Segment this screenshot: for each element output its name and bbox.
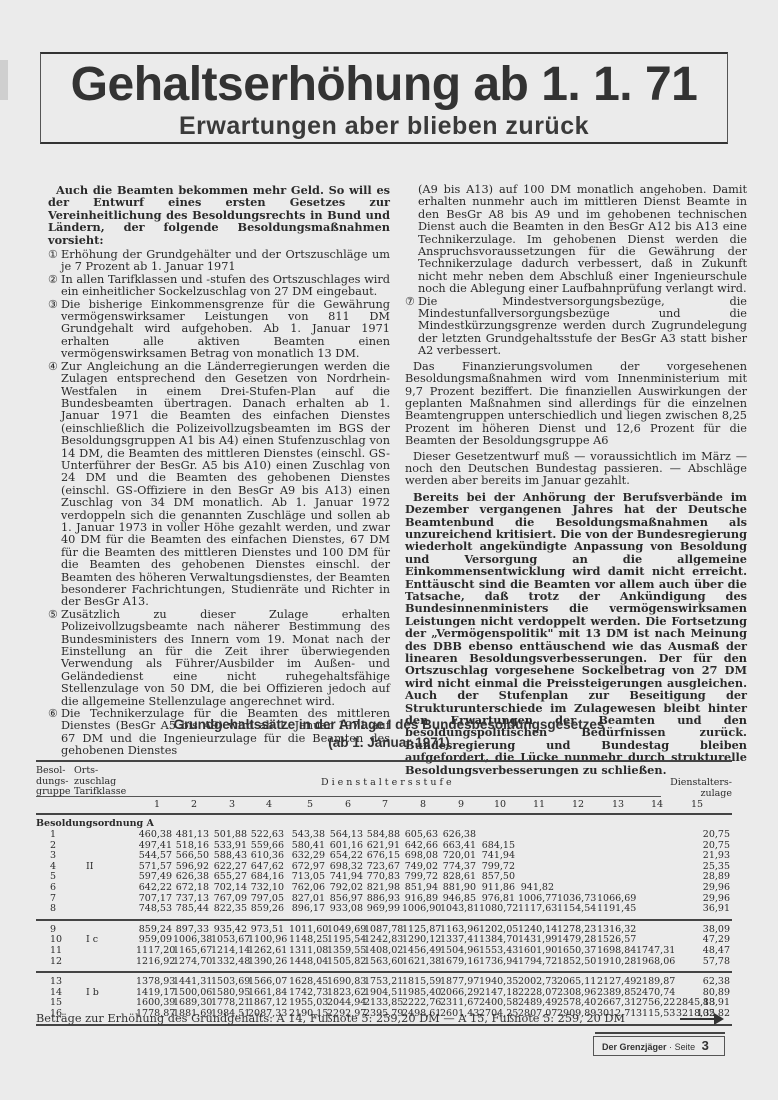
salary-cell: 941,82 xyxy=(518,883,554,894)
stufe-label: 8 xyxy=(408,800,438,811)
paragraph-finance: Das Finanzierungsvolumen der vorgesehene… xyxy=(405,361,747,448)
stufe-label: 6 xyxy=(333,800,363,811)
item-text: In allen Tarifklassen und -stufen des Or… xyxy=(61,274,390,299)
salary-cell: 732,10 xyxy=(248,883,284,894)
salary-cell: 1274,70 xyxy=(173,957,209,968)
stufen-header-row: 123456789101112131415 xyxy=(36,797,732,813)
besoldungsgruppe-cell: 11 xyxy=(50,946,62,957)
page-footer: Der Grenzjäger · Seite 3 xyxy=(593,1036,725,1056)
header-besoldungsgruppe: Besol-dungs-gruppe xyxy=(36,766,71,798)
page-label: Seite xyxy=(675,1042,696,1052)
salary-cell: 1505,82 xyxy=(327,957,363,968)
salary-cell: 605,63 xyxy=(402,830,438,841)
tarifklasse-cell: I c xyxy=(86,935,98,946)
salary-cell: 543,38 xyxy=(289,830,325,841)
arrow-right-icon xyxy=(680,1013,724,1025)
page-title: Gehaltserhöhung ab 1. 1. 71 xyxy=(41,58,727,112)
stufe-label: 3 xyxy=(217,800,247,811)
stufe-label: 11 xyxy=(524,800,554,811)
item-number: ② xyxy=(48,274,61,299)
page-binding-mark xyxy=(0,60,8,100)
article-column-left: Auch die Beamten bekommen mehr Geld. So … xyxy=(48,184,390,758)
salary-cell: 1448,04 xyxy=(289,957,325,968)
stufe-label: 10 xyxy=(485,800,515,811)
item-number: ④ xyxy=(48,361,61,609)
besoldungsgruppe-cell: 1 xyxy=(50,830,56,841)
salary-cell: 702,14 xyxy=(211,883,247,894)
salary-cell: 1601,90 xyxy=(518,946,554,957)
stufe-label: 14 xyxy=(642,800,672,811)
salary-cell: 1117,20 xyxy=(136,946,172,957)
stufe-label: 15 xyxy=(682,800,712,811)
footer-separator: · xyxy=(669,1042,672,1052)
salary-cell: 1852,50 xyxy=(557,957,593,968)
salary-cell: 1191,45 xyxy=(597,904,633,915)
salary-cell: 1165,67 xyxy=(173,946,209,957)
salary-cell: 1311,08 xyxy=(289,946,325,957)
list-item: ③ Die bisherige Einkommensgrenze für die… xyxy=(48,299,390,361)
salary-cell: 1214,14 xyxy=(211,946,247,957)
salary-cell: 3115,53 xyxy=(636,1009,672,1020)
item-text: (A9 bis A13) auf 100 DM monatlich angeho… xyxy=(418,184,747,296)
table-body: 1460,38481,13501,88522,63543,38564,13584… xyxy=(36,830,732,1026)
article-column-right: (A9 bis A13) auf 100 DM monatlich angeho… xyxy=(405,184,747,776)
table-row: 121216,921274,701332,481390,261448,04150… xyxy=(36,957,732,968)
page-number: 3 xyxy=(702,1038,709,1053)
list-item: ② In allen Tarifklassen und -stufen des … xyxy=(48,274,390,299)
salary-cell: 859,26 xyxy=(248,904,284,915)
salary-cell: 821,98 xyxy=(364,883,400,894)
item-number: ③ xyxy=(48,299,61,361)
item-number: ① xyxy=(48,249,61,274)
salary-cell: 481,13 xyxy=(173,830,209,841)
salary-cell: 1154,54 xyxy=(557,904,593,915)
header-dienstalterszulage: Dienstalters-zulage xyxy=(670,778,732,799)
besoldungsgruppe-cell: 8 xyxy=(50,904,56,915)
stufe-label: 12 xyxy=(563,800,593,811)
besoldungsgruppe-cell: 12 xyxy=(50,957,62,968)
salary-cell: 1736,94 xyxy=(479,957,515,968)
stufe-label: 1 xyxy=(142,800,172,811)
salary-cell: 1553,43 xyxy=(479,946,515,957)
footer-rule xyxy=(595,1032,725,1034)
salary-cell: 1910,28 xyxy=(597,957,633,968)
publication-name: Der Grenzjäger xyxy=(602,1042,667,1052)
zulage-cell: 20,75 xyxy=(703,830,730,841)
list-item-continued: (A9 bis A13) auf 100 DM monatlich angeho… xyxy=(405,184,747,296)
salary-cell: 1747,31 xyxy=(636,946,672,957)
salary-cell: 1080,72 xyxy=(479,904,515,915)
salary-cell: 626,38 xyxy=(440,830,476,841)
salary-cell: 1390,26 xyxy=(248,957,284,968)
salary-cell: 969,99 xyxy=(364,904,400,915)
salary-cell: 785,44 xyxy=(173,904,209,915)
salary-cell: 1679,16 xyxy=(440,957,476,968)
list-item: ⑦ Die Mindestversorgungsbezüge, die Mind… xyxy=(405,296,747,358)
list-item: ① Erhöhung der Grundgehälter und der Ort… xyxy=(48,249,390,274)
table-title-line1: Grundgehaltssätze in der Anlage I des Bu… xyxy=(0,716,778,734)
salary-cell: 1408,02 xyxy=(364,946,400,957)
table-row: 1460,38481,13501,88522,63543,38564,13584… xyxy=(36,830,732,841)
stufe-label: 7 xyxy=(370,800,400,811)
tarifklasse-cell: II xyxy=(86,862,94,873)
salary-cell: 1216,92 xyxy=(136,957,172,968)
salary-cell: 1332,48 xyxy=(211,957,247,968)
salary-cell: 564,13 xyxy=(327,830,363,841)
stufe-label: 2 xyxy=(179,800,209,811)
salary-cell: 1621,38 xyxy=(402,957,438,968)
item-text: Die bisherige Einkommensgrenze für die G… xyxy=(61,299,390,361)
salary-cell: 1650,37 xyxy=(557,946,593,957)
stufe-label: 9 xyxy=(446,800,476,811)
salary-cell: 642,22 xyxy=(136,883,172,894)
salary-cell: 1043,81 xyxy=(440,904,476,915)
item-number: ⑤ xyxy=(48,609,61,708)
zulage-cell: 57,78 xyxy=(703,957,730,968)
salary-cell: 672,18 xyxy=(173,883,209,894)
item-number: ⑦ xyxy=(405,296,418,358)
salary-cell: 748,53 xyxy=(136,904,172,915)
table-row: 8748,53785,44822,35859,26896,17933,08969… xyxy=(36,904,732,915)
zulage-cell: 29,96 xyxy=(703,883,730,894)
salary-cell: 1563,60 xyxy=(364,957,400,968)
table-header: Besol-dungs-gruppe Orts-zuschlagTarifkla… xyxy=(36,762,732,796)
stufe-label: 4 xyxy=(254,800,284,811)
salary-cell: 1794,72 xyxy=(518,957,554,968)
salary-cell: 762,06 xyxy=(289,883,325,894)
stufe-label: 5 xyxy=(295,800,325,811)
salary-cell: 1698,84 xyxy=(597,946,633,957)
salary-cell: 1262,61 xyxy=(248,946,284,957)
list-item: ④ Zur Angleichung an die Länderregierung… xyxy=(48,361,390,609)
salary-cell: 851,94 xyxy=(402,883,438,894)
list-item: ⑤ Zusätzlich zu dieser Zulage erhalten P… xyxy=(48,609,390,708)
section-label: Besoldungsordnung A xyxy=(36,815,732,830)
salary-table: Besol-dungs-gruppe Orts-zuschlagTarifkla… xyxy=(36,760,732,1026)
zulage-cell: 48,47 xyxy=(703,946,730,957)
header-dienstaltersstufe: Dienstaltersstufe xyxy=(321,778,455,789)
headline-box: Gehaltserhöhung ab 1. 1. 71 Erwartungen … xyxy=(40,52,728,144)
item-text: Erhöhung der Grundgehälter und der Ortsz… xyxy=(61,249,390,274)
salary-cell: 460,38 xyxy=(136,830,172,841)
salary-cell: 792,02 xyxy=(327,883,363,894)
salary-cell: 1456,49 xyxy=(402,946,438,957)
salary-cell: 1359,55 xyxy=(327,946,363,957)
tarifklasse-cell: I b xyxy=(86,988,99,999)
item-text: Zusätzlich zu dieser Zulage erhalten Pol… xyxy=(61,609,390,708)
table-title: Grundgehaltssätze in der Anlage I des Bu… xyxy=(0,716,778,752)
stufe-label: 13 xyxy=(603,800,633,811)
salary-cell: 822,35 xyxy=(211,904,247,915)
table-row: 6642,22672,18702,14732,10762,06792,02821… xyxy=(36,883,732,894)
table-footnote: Beträge zur Erhöhung des Grundgehalts: A… xyxy=(36,1012,625,1025)
salary-cell: 1968,06 xyxy=(636,957,672,968)
paragraph-bundestag: Dieser Gesetzentwurf muß — voraussichtli… xyxy=(405,451,747,488)
salary-cell: 1006,90 xyxy=(402,904,438,915)
salary-cell: 1504,96 xyxy=(440,946,476,957)
zulage-cell: 36,91 xyxy=(703,904,730,915)
salary-cell: 1117,63 xyxy=(518,904,554,915)
table-title-line2: (ab 1. Januar 1971) xyxy=(0,734,778,752)
salary-cell: 522,63 xyxy=(248,830,284,841)
salary-cell: 584,88 xyxy=(364,830,400,841)
salary-cell: 896,17 xyxy=(289,904,325,915)
salary-cell: 501,88 xyxy=(211,830,247,841)
header-ortszuschlag: Orts-zuschlagTarifklasse xyxy=(74,766,126,798)
item-text: Die Mindestversorgungsbezüge, die Mindes… xyxy=(418,296,747,358)
table-row: 111117,201165,671214,141262,611311,08135… xyxy=(36,946,732,957)
salary-cell: 881,90 xyxy=(440,883,476,894)
item-text: Zur Angleichung an die Länderregierungen… xyxy=(61,361,390,609)
page-subtitle: Erwartungen aber blieben zurück xyxy=(41,112,727,140)
besoldungsgruppe-cell: 6 xyxy=(50,883,56,894)
salary-cell: 911,86 xyxy=(479,883,515,894)
article-lead: Auch die Beamten bekommen mehr Geld. So … xyxy=(48,184,390,246)
salary-cell: 933,08 xyxy=(327,904,363,915)
